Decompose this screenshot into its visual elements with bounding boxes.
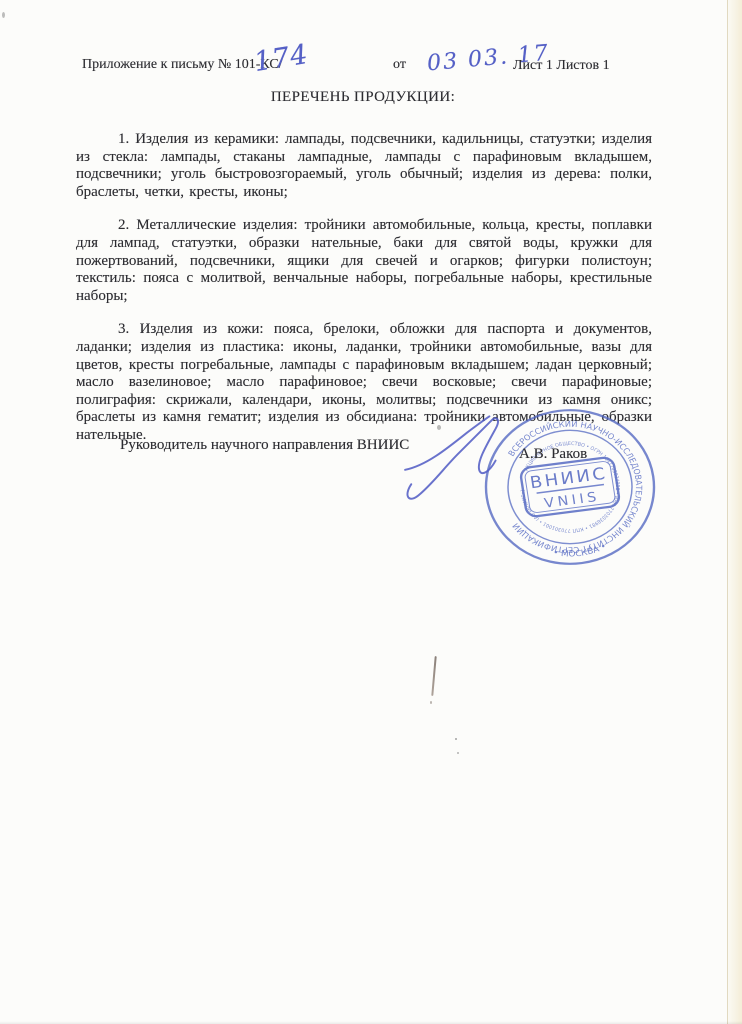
- signatory-name: А.В. Раков: [519, 446, 587, 463]
- scan-speck: [2, 12, 5, 18]
- scan-speck: [457, 752, 459, 754]
- scan-speck: [430, 701, 432, 704]
- scan-edge-shadow: [727, 0, 742, 1024]
- handwritten-letter-number: 174: [252, 39, 311, 78]
- scan-speck: [455, 738, 457, 740]
- attachment-reference-label: Приложение к письму № 101-КС/: [82, 57, 283, 73]
- sheet-count-label: Лист 1 Листов 1: [513, 58, 610, 74]
- handwritten-signature: [398, 404, 513, 512]
- paragraph-metal: 2. Металлические изделия: тройники автом…: [76, 217, 652, 305]
- document-page: Приложение к письму № 101-КС/ 174 от 03 …: [0, 0, 742, 1024]
- signatory-position-title: Руководитель научного направления ВНИИС: [120, 437, 409, 454]
- paragraph-ceramics: 1. Изделия из керамики: лампады, подсвеч…: [76, 131, 652, 201]
- stray-pen-mark: [431, 656, 436, 696]
- date-from-label: от: [393, 57, 406, 73]
- page-title: ПЕРЕЧЕНЬ ПРОДУКЦИИ:: [76, 89, 650, 106]
- stamp-center-box: ВНИИС VNIIS: [520, 457, 621, 518]
